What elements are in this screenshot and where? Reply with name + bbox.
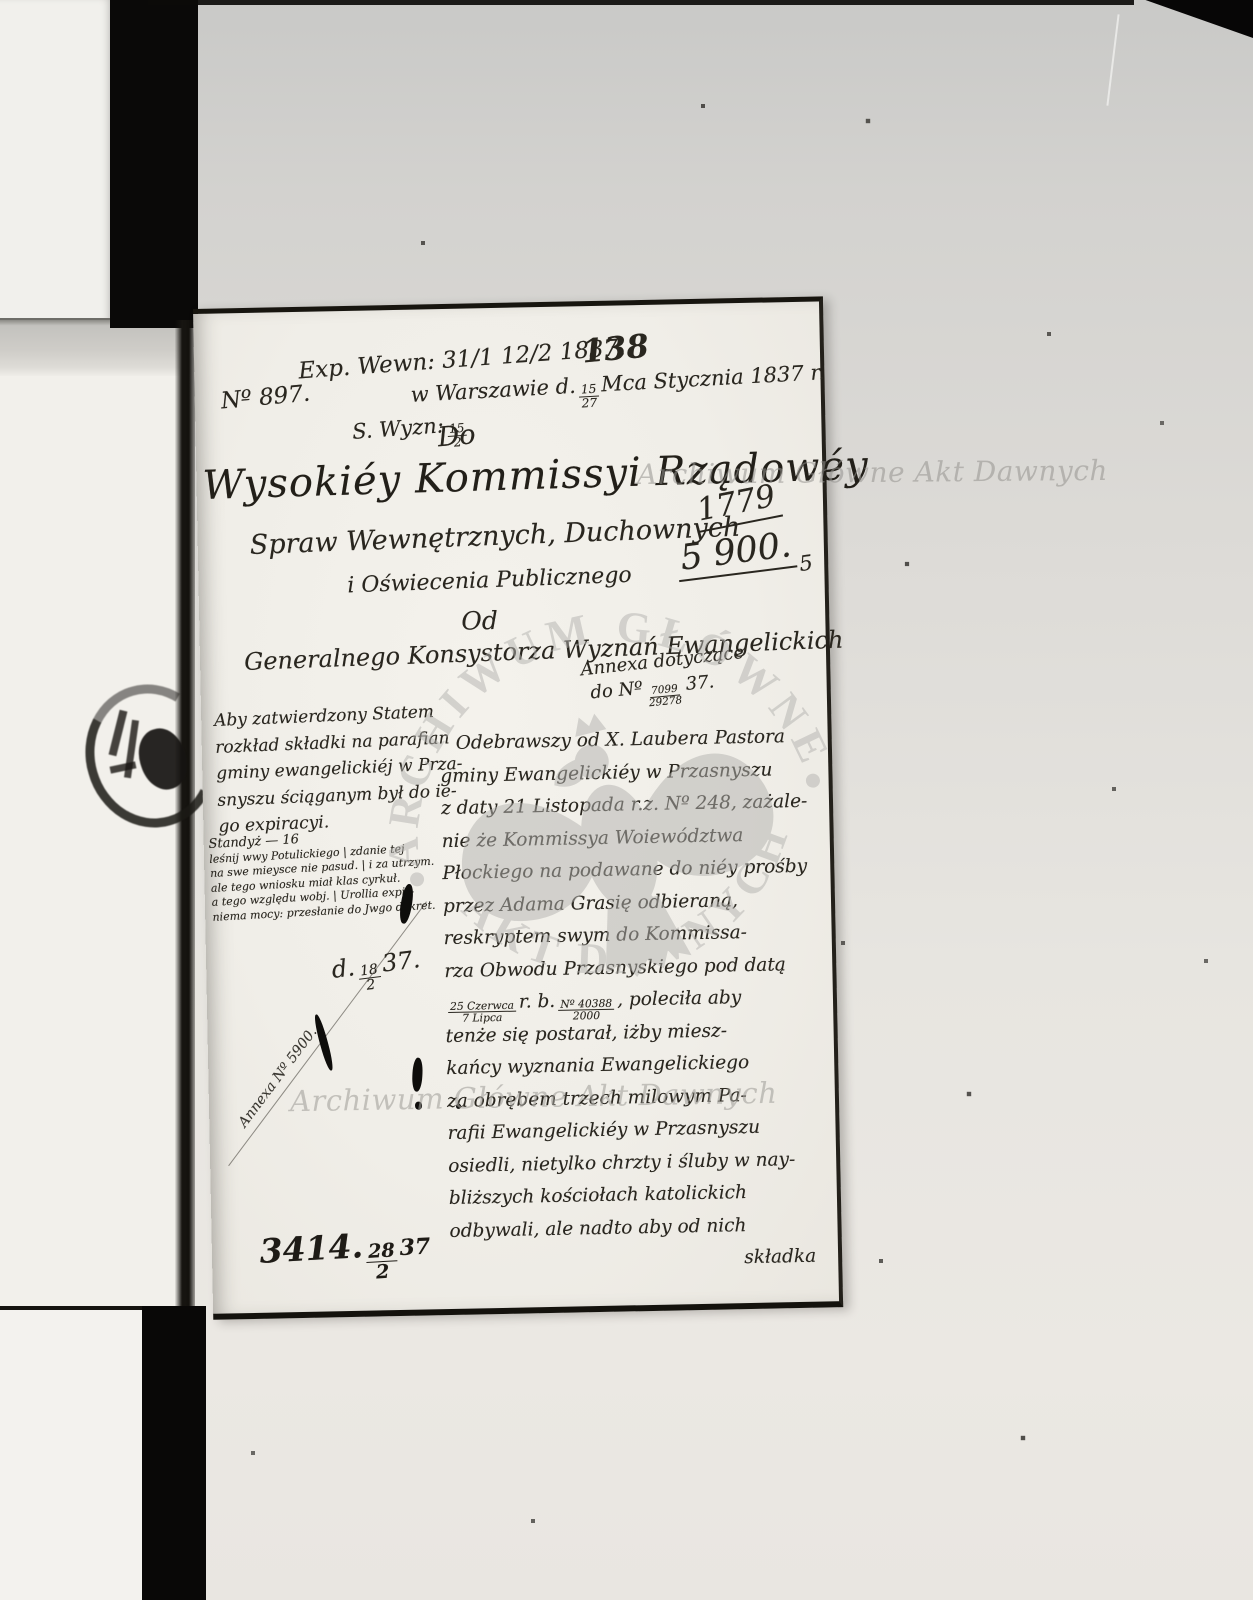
document-number: Nº 897.	[220, 381, 311, 415]
left-facing-page-lower	[0, 1306, 146, 1600]
bottom-number-fraction: 282	[366, 1241, 399, 1284]
salutation-do: Do	[436, 419, 477, 453]
emblem-separator-dot	[804, 772, 821, 789]
film-corner-wedge	[1125, 0, 1253, 50]
addressee-line-2: Spraw Wewnętrznych, Duchownych	[249, 512, 724, 561]
emblem-separator-dot	[409, 871, 426, 888]
eagle-icon	[433, 677, 805, 1012]
film-edge-line	[148, 0, 1134, 5]
ink-stamp	[84, 676, 212, 828]
film-gutter-bottom	[142, 1306, 206, 1600]
film-gutter-top	[110, 0, 198, 328]
dust-specks	[0, 0, 2, 2]
microfilm-scan: { "watermark": { "text": "Archiwum Główn…	[0, 0, 1253, 1600]
folio-number: 138	[580, 327, 650, 371]
addressee-line-3: i Oświecenia Publicznego	[336, 562, 643, 598]
film-scratch	[1106, 14, 1119, 106]
bottom-registration-number: 3414.28237	[259, 1222, 432, 1289]
catchword: składka	[450, 1245, 851, 1286]
left-facing-page-upper	[0, 0, 112, 322]
archive-eagle-emblem: ARCHIWUM GŁÓWNE AKT DAWNYCH	[385, 600, 845, 1060]
archive-watermark-upper: Archiwum Główne Akt Dawnych	[637, 454, 1108, 491]
date-fraction: 1527	[579, 382, 600, 410]
